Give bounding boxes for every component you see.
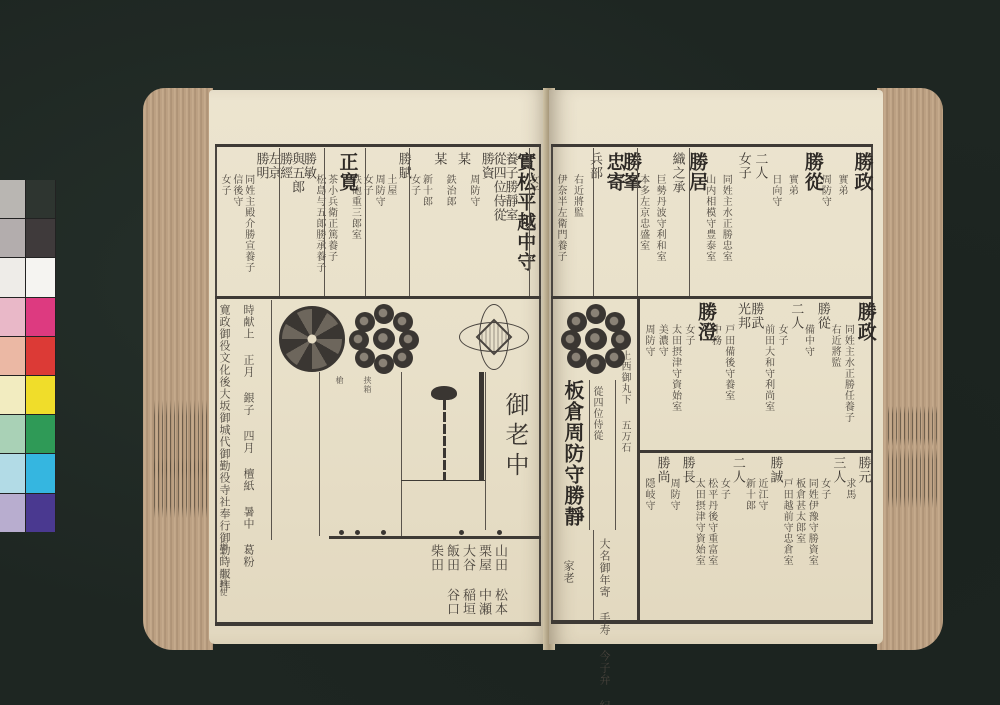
genealogy-entry: 新十郎 <box>420 174 430 207</box>
divider <box>279 148 280 296</box>
spear-shaft <box>479 372 484 480</box>
genealogy-entry: 勝經 <box>278 152 291 180</box>
color-swatch <box>0 494 25 532</box>
genealogy-entry: 前田大和守利尚室 <box>763 324 773 412</box>
dot <box>381 530 386 535</box>
divider <box>409 148 410 296</box>
seasonal-gifts-text: 時献上 正月 銀子 四月 檀紙 暑中 葛粉 <box>243 304 254 568</box>
rule-top <box>551 144 873 147</box>
color-swatch <box>0 258 25 296</box>
genealogy-entry: 勝長 <box>681 456 694 484</box>
genealogy-entry: 女子 <box>776 324 786 346</box>
divider <box>485 372 486 530</box>
color-swatch <box>26 298 55 336</box>
genealogy-entry: 正寛 <box>338 152 357 192</box>
color-swatch <box>26 337 55 375</box>
genealogy-entry: 女子 <box>683 324 693 346</box>
official-titles-text: 用人 御城使 <box>219 542 227 597</box>
color-calibration-chart <box>0 180 56 532</box>
genealogy-entry: 勝元 <box>856 456 869 484</box>
divider <box>365 148 366 296</box>
genealogy-entry: 日向守 <box>770 174 780 207</box>
genealogy-entry: 二人 <box>731 456 744 484</box>
lord-rank: 從四位侍從 <box>591 386 601 441</box>
divider <box>589 380 590 530</box>
genealogy-entry: 勝誠 <box>769 456 782 484</box>
tomoe-crest-icon <box>279 306 345 372</box>
rule-middle <box>551 296 873 299</box>
genealogy-entry: 女子 <box>361 174 371 196</box>
divider <box>593 148 594 296</box>
genealogy-entry: 勝從 <box>803 152 822 192</box>
color-swatch <box>26 219 55 257</box>
color-swatch <box>26 494 55 532</box>
divider <box>271 300 272 540</box>
divider <box>319 372 320 536</box>
dot <box>355 530 360 535</box>
genealogy-entry: 周防守 <box>643 324 653 357</box>
right-fore-edge <box>877 88 943 650</box>
genealogy-entry: 備中守 <box>803 324 813 357</box>
genealogy-entry: 與五郎 <box>290 152 303 194</box>
genealogy-entry: 織之承 <box>671 152 684 194</box>
genealogy-entry: 忠寄 <box>605 152 624 192</box>
genealogy-entry: 女子 <box>219 174 229 196</box>
genealogy-entry: 戸田越前守忠倉室 <box>781 478 791 566</box>
spear-shaft <box>443 400 446 480</box>
dot <box>459 530 464 535</box>
genealogy-entry: 勝明 <box>255 152 268 180</box>
spear-label: 槍 <box>335 376 343 385</box>
genealogy-entry: 勝賦 <box>397 152 410 180</box>
genealogy-entry: 求馬 <box>844 478 854 500</box>
rule-bottom <box>215 622 541 626</box>
fore-edge-mark <box>885 406 937 446</box>
genealogy-entry: 巨勢丹波守利和室 <box>654 174 664 262</box>
genealogy-entry: 女子 <box>737 152 750 180</box>
color-swatch <box>0 454 25 492</box>
genealogy-entry: 三人 <box>831 456 844 484</box>
divider <box>529 148 530 296</box>
stipend: 五万石 <box>619 420 629 453</box>
genealogy-entry: 周防守 <box>468 174 478 207</box>
genealogy-entry: 勝居 <box>687 152 706 192</box>
diamond-crest-icon <box>459 304 529 370</box>
color-swatch <box>26 376 55 414</box>
divider <box>401 480 485 481</box>
divider <box>637 296 640 622</box>
genealogy-entry: 松平丹後守重富室 <box>706 478 716 566</box>
genealogy-entry: 茶小兵衛正篤養子 <box>326 174 336 262</box>
divider <box>593 530 594 620</box>
genealogy-entry: 勝資 <box>480 152 493 180</box>
rule-top <box>215 144 541 147</box>
color-swatch <box>0 298 25 336</box>
retainer-list: 山田 松本 栗屋 中瀬 大谷 稲垣 飯田 谷口 柴田 <box>347 544 507 618</box>
fore-edge-mark <box>885 448 937 508</box>
spear-head-icon <box>431 386 457 400</box>
color-swatch <box>26 180 55 218</box>
kuyo-crest-icon <box>347 302 419 374</box>
left-page: 女子實松平越中守養子勝靜室從四位侍從勝資周防守某鉄治郎某新十郎女子勝賦土屋周防守… <box>209 90 549 644</box>
section-heading: 御老中 <box>503 392 527 482</box>
genealogy-entry: 某 <box>432 152 445 166</box>
right-page: 勝政實弟周防守勝從實弟日向守二人女子同姓主水正勝忠室山内相模守豊泰室勝居織之承巨… <box>549 90 883 644</box>
divider <box>401 372 402 536</box>
genealogy-entry: 兵部 <box>588 152 601 180</box>
genealogy-entry: 二人 <box>789 302 802 330</box>
color-swatch <box>0 219 25 257</box>
fore-edge-mark <box>151 458 207 518</box>
color-swatch <box>0 376 25 414</box>
divider <box>637 148 638 296</box>
genealogy-entry: 勝尚 <box>656 456 669 484</box>
genealogy-entry: 勝政 <box>856 302 875 342</box>
genealogy-entry: 右近將監 <box>572 174 582 218</box>
house-elder-label: 家老 <box>563 560 574 584</box>
color-swatch <box>26 454 55 492</box>
genealogy-entry: 松島与五郎勝承養子 <box>314 174 324 273</box>
bottom-note: 大名御年寄 手寿 今子弁 紀 <box>599 538 610 705</box>
color-swatch <box>0 415 25 453</box>
rule-lower <box>329 536 541 539</box>
genealogy-entry: 實松平越中守 <box>515 152 534 272</box>
genealogy-entry: 板倉甚太郎室 <box>794 478 804 544</box>
box-label: 挟箱 <box>363 376 371 394</box>
genealogy-entry: 二人 <box>753 152 766 180</box>
genealogy-entry: 周防守 <box>373 174 383 207</box>
genealogy-entry: 土屋 <box>385 174 395 196</box>
genealogy-entry: 近江守 <box>756 478 766 511</box>
genealogy-entry: 同姓主殿介勝宣養子 <box>243 174 253 273</box>
dot <box>497 530 502 535</box>
genealogy-entry: 光邦 <box>736 302 749 330</box>
genealogy-entry: 勝政 <box>852 152 871 192</box>
rule-lower <box>637 450 873 453</box>
genealogy-entry: 女子 <box>819 478 829 500</box>
genealogy-entry: 勝澄 <box>696 302 715 342</box>
rule-middle <box>215 296 541 299</box>
left-fore-edge <box>143 88 213 650</box>
genealogy-entry: 實弟 <box>836 174 846 196</box>
genealogy-entry: 戸田備後守養室 <box>723 324 733 401</box>
genealogy-entry: 鉄治郎 <box>444 174 454 207</box>
genealogy-entry: 某 <box>456 152 469 166</box>
dot <box>339 530 344 535</box>
genealogy-entry: 同姓主水正勝忠室 <box>720 174 730 262</box>
genealogy-entry: 勝武 <box>749 302 762 330</box>
color-swatch <box>26 415 55 453</box>
divider <box>615 380 616 530</box>
genealogy-entry: 伊奈半左衛門養子 <box>555 174 565 262</box>
divider <box>689 148 690 296</box>
genealogy-entry: 美濃守 <box>656 324 666 357</box>
lord-name: 板倉周防守勝靜 <box>563 380 583 527</box>
color-swatch <box>0 337 25 375</box>
open-book: 女子實松平越中守養子勝靜室從四位侍從勝資周防守某鉄治郎某新十郎女子勝賦土屋周防守… <box>143 88 943 650</box>
genealogy-entry: 太田摂津守資始室 <box>670 324 680 412</box>
genealogy-entry: 太田摂津守資始室 <box>693 478 703 566</box>
genealogy-entry: 勝從 <box>816 302 829 330</box>
genealogy-entry: 信後守 <box>231 174 241 207</box>
color-swatch <box>26 258 55 296</box>
genealogy-entry: 隠岐守 <box>643 478 653 511</box>
genealogy-entry: 同姓伊豫守勝資室 <box>806 478 816 566</box>
genealogy-entry: 右近將監 <box>829 324 839 368</box>
genealogy-entry: 實弟 <box>786 174 796 196</box>
color-swatch <box>0 180 25 218</box>
residence: 上西御丸下 <box>619 350 629 405</box>
genealogy-entry: 女子 <box>718 478 728 500</box>
divider <box>324 148 325 296</box>
genealogy-entry: 同姓主水正勝任養子 <box>842 324 852 423</box>
